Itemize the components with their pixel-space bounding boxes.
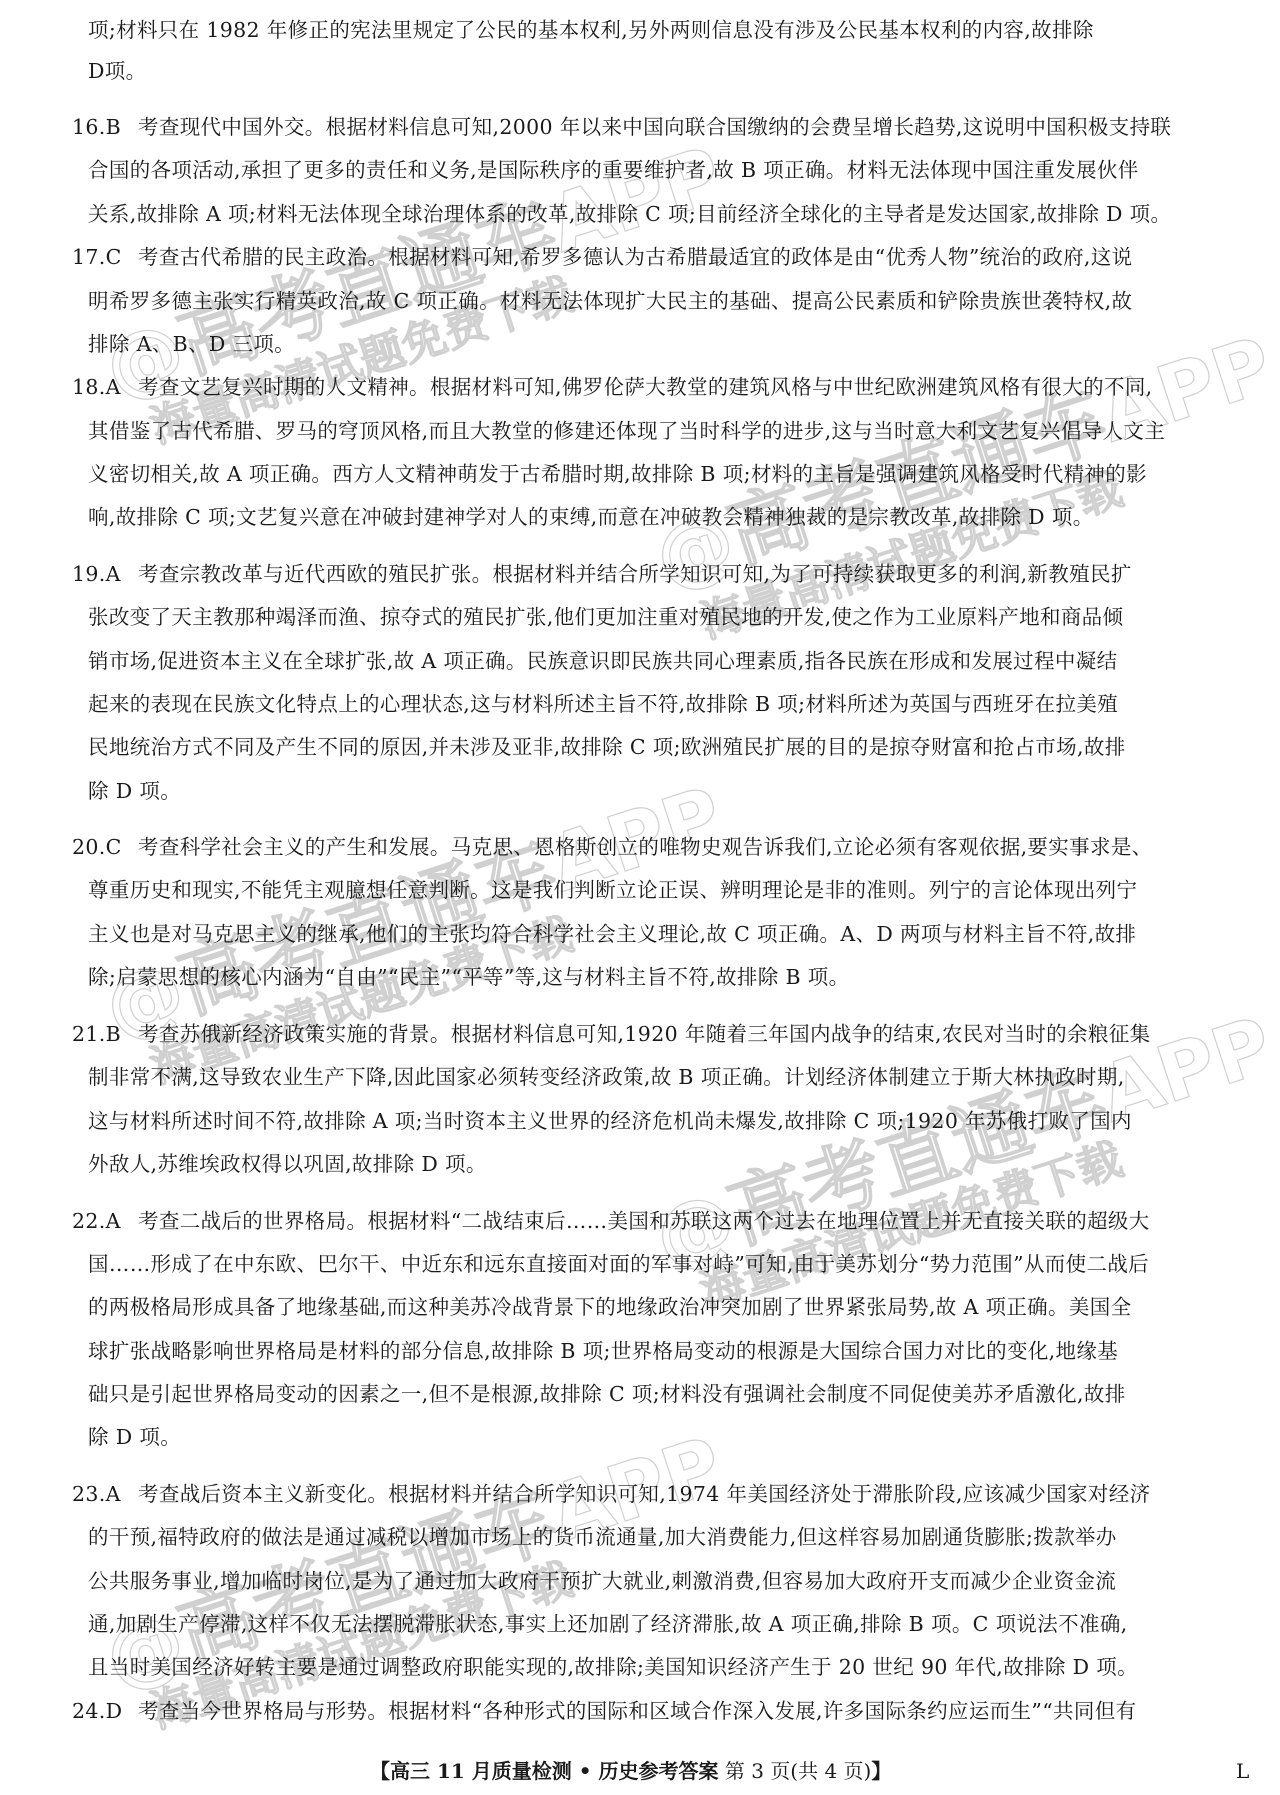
exam-name: 高三 11 月质量检测 [390,1759,572,1783]
text-line: 关系,故排除 A 项;材料无法体现全球治理体系的改革,故排除 C 项;目前经济全… [88,200,1248,228]
answer-number: 20.C [72,833,138,861]
answer-number: 21.B [72,1020,138,1048]
answer-19: 19.A考查宗教改革与近代西欧的殖民扩张。根据材料并结合所学知识可知,为了可持续… [72,560,1232,588]
text-line: 销市场,促进资本主义在全球扩张,故 A 项正确。民族意识即民族共同心理素质,指各… [88,647,1248,675]
text-line: 制非常不满,这导致农业生产下降,因此国家必须转变经济政策,故 B 项正确。计划经… [88,1063,1248,1091]
text-line: 主义也是对马克思主义的继承,他们的主张均符合科学社会主义理论,故 C 项正确。A… [88,920,1248,948]
text-line: 排除 A、B、D 三项。 [88,330,1248,358]
text-line: 外敌人,苏维埃政权得以巩固,故排除 D 项。 [88,1150,1248,1178]
text-line: 明希罗多德主张实行精英政治,故 C 项正确。材料无法体现扩大民主的基础、提高公民… [88,287,1248,315]
answer-number: 23.A [72,1480,138,1508]
text-line: 合国的各项活动,承担了更多的责任和义务,是国际秩序的重要维护者,故 B 项正确。… [88,156,1248,184]
answer-20: 20.C考查科学社会主义的产生和发展。马克思、恩格斯创立的唯物史观告诉我们,立论… [72,833,1232,861]
text-line: 的两极格局形成具备了地缘基础,而这种美苏冷战背景下的地缘政治冲突加剧了世界紧张局… [88,1293,1248,1321]
text-line: 尊重历史和现实,不能凭主观臆想任意判断。这是我们判断立论正误、辨明理论是非的准则… [88,876,1248,904]
answer-number: 16.B [72,113,138,141]
text-line: 其借鉴了古代希腊、罗马的穹顶风格,而且大教堂的修建还体现了当时科学的进步,这与当… [88,417,1248,445]
text-line: 公共服务事业,增加临时岗位,是为了通过加大政府干预扩大就业,刺激消费,但容易加大… [88,1567,1248,1595]
text-line: 这与材料所述时间不符,故排除 A 项;当时资本主义世界的经济危机尚未爆发,故排除… [88,1107,1248,1135]
answer-number: 19.A [72,560,138,588]
text-line: 民地统治方式不同及产生不同的原因,并未涉及亚非,故排除 C 项;欧洲殖民扩展的目… [88,733,1248,761]
answer-number: 22.A [72,1207,138,1235]
answer-number: 17.C [72,243,138,271]
text-line: 球扩张战略影响世界格局是材料的部分信息,故排除 B 项;世界格局变动的根源是大国… [88,1337,1248,1365]
text-line: 且当时美国经济好转主要是通过调整政府职能实现的,故排除;美国知识经济产生于 20… [88,1653,1248,1681]
subject-name: 历史参考答案 [598,1759,718,1783]
answer-23: 23.A考查战后资本主义新变化。根据材料并结合所学知识可知,1974 年美国经济… [72,1480,1232,1508]
page-number: 第 3 页(共 4 页) [718,1759,871,1783]
answer-17: 17.C考查古代希腊的民主政治。根据材料可知,希罗多德认为古希腊最适宜的政体是由… [72,243,1232,271]
text-line: 义密切相关,故 A 项正确。西方人文精神萌发于古希腊时期,故排除 B 项;材料的… [88,460,1248,488]
answer-22: 22.A考查二战后的世界格局。根据材料“二战结束后……美国和苏联这两个过去在地理… [72,1207,1232,1235]
text-line: 础只是引起世界格局变动的因素之一,但不是根源,故排除 C 项;材料没有强调社会制… [88,1380,1248,1408]
text-line: 通,加剧生产停滞,这样不仅无法摆脱滞胀状态,事实上还加剧了经济滞胀,故 A 项正… [88,1610,1248,1638]
text-line: 除;启蒙思想的核心内涵为“自由”“民主”“平等”等,这与材料主旨不符,故排除 B… [88,963,1248,991]
page-footer: 【高三 11 月质量检测 • 历史参考答案 第 3 页(共 4 页)】 [370,1757,891,1785]
text-line: D项。 [88,57,1248,85]
text-line: 除 D 项。 [88,777,1248,805]
answer-21: 21.B考查苏俄新经济政策实施的背景。根据材料信息可知,1920 年随着三年国内… [72,1020,1232,1048]
text-line: 起来的表现在民族文化特点上的心理状态,这与材料所述主旨不符,故排除 B 项;材料… [88,690,1248,718]
answer-key-page: @高考直通车APP 海量高清试题免费下载 @高考直通车APP 海量高清试题免费下… [0,0,1280,1795]
answer-number: 18.A [72,373,138,401]
version-mark: L [1236,1757,1249,1785]
answer-18: 18.A考查文艺复兴时期的人文精神。根据材料可知,佛罗伦萨大教堂的建筑风格与中世… [72,373,1232,401]
text-line: 除 D 项。 [88,1423,1248,1451]
text-line: 的干预,福特政府的做法是通过减税以增加市场上的货币流通量,加大消费能力,但这样容… [88,1523,1248,1551]
answer-number: 24.D [72,1697,138,1725]
text-line: 国……形成了在中东欧、巴尔干、中近东和远东直接面对面的军事对峙”可知,由于美苏划… [88,1250,1248,1278]
answer-16: 16.B考查现代中国外交。根据材料信息可知,2000 年以来中国向联合国缴纳的会… [72,113,1232,141]
text-line: 响,故排除 C 项;文艺复兴意在冲破封建神学对人的束缚,而意在冲破教会精神独裁的… [88,503,1248,531]
text-line: 项;材料只在 1982 年修正的宪法里规定了公民的基本权利,另外两则信息没有涉及… [88,16,1248,44]
answer-24: 24.D考查当今世界格局与形势。根据材料“各种形式的国际和区域合作深入发展,许多… [72,1697,1232,1725]
text-line: 张改变了天主教那种竭泽而渔、掠夺式的殖民扩张,他们更加注重对殖民地的开发,使之作… [88,603,1248,631]
